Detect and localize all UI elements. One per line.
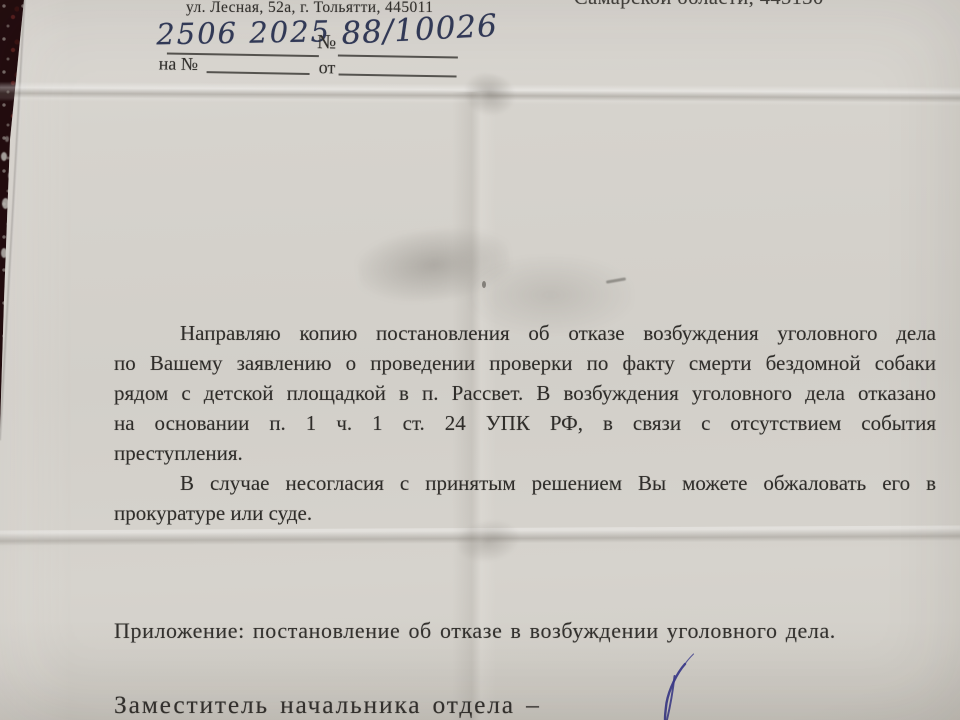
letter-body: Направляю копию постановления об отказе …: [114, 318, 936, 528]
body-line: рядом с детской площадкой в п. Рассвет. …: [114, 378, 936, 408]
body-line: В случае несогласия с принятым решением …: [114, 468, 936, 498]
carpet-speck: [5, 136, 9, 142]
body-line: преступления.: [114, 438, 936, 468]
handwritten-date: 2506 2025: [156, 14, 331, 51]
attachment-line: Приложение: постановление об отказе в во…: [114, 618, 836, 644]
reference-number-block: 2506 2025 № 88/10026 на № от: [141, 13, 482, 85]
body-line: прокуратуре или суде.: [114, 498, 936, 528]
body-line: Направляю копию постановления об отказе …: [114, 318, 936, 348]
ruled-line-from: [339, 73, 457, 77]
from-label: от: [318, 57, 335, 78]
number-sign-label: №: [317, 31, 336, 54]
document-photo: ул. Лесная, 52а, г. Тольятти, 445011 Сам…: [0, 0, 960, 720]
body-line: по Вашему заявлению о проведении проверк…: [114, 348, 936, 378]
carpet-speck: [1, 152, 7, 161]
letterhead-region-cropped: Самарской области, 445130: [574, 0, 824, 10]
ruled-line-number: [338, 54, 458, 58]
in-reply-to-label: на №: [159, 53, 199, 75]
small-ink-dot: [482, 281, 486, 288]
handwritten-outgoing-number: 88/10026: [341, 8, 499, 52]
signer-position-line: Заместитель начальника отдела –: [114, 690, 541, 720]
ruled-line-reply: [207, 71, 310, 75]
body-line: на основании п. 1 ч. 1 ст. 24 УПК РФ, в …: [114, 408, 936, 438]
